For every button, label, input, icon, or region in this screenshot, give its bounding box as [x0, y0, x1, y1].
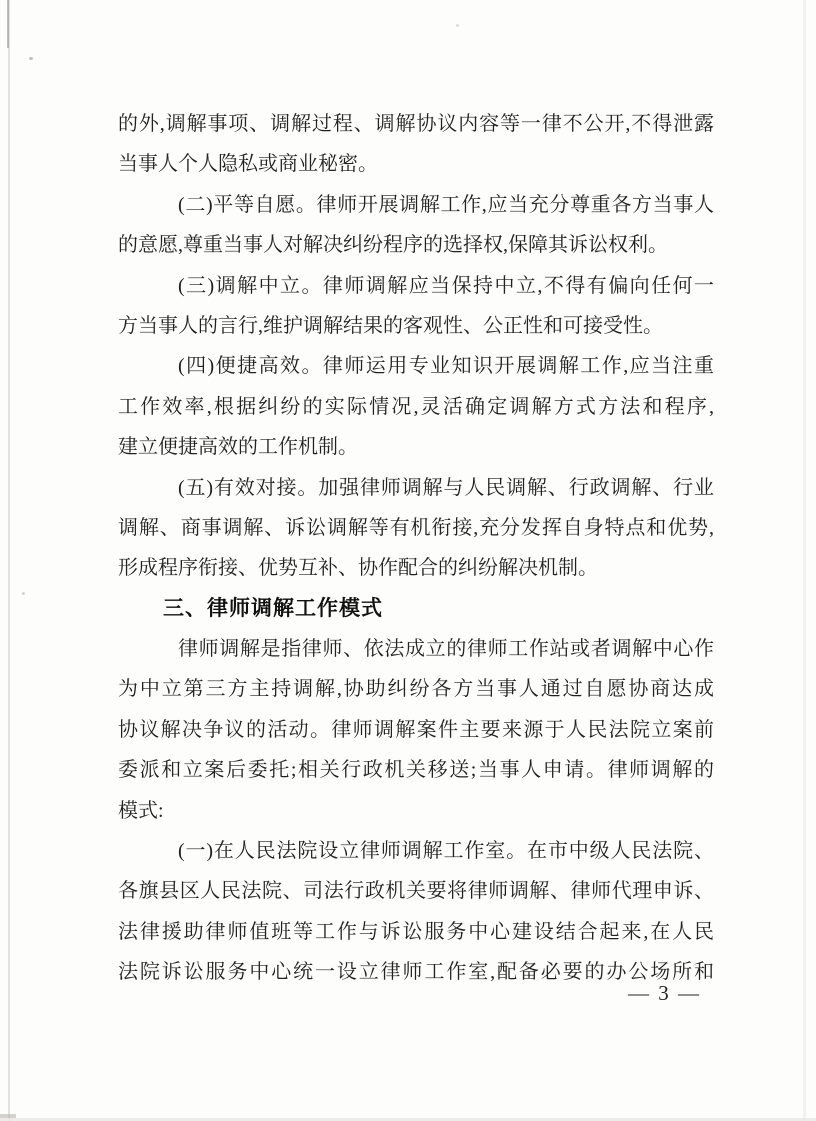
paragraph-line: 的外,调解事项、调解过程、调解协议内容等一律不公开,不得泄露 [118, 104, 714, 144]
paragraph-line: 协议解决争议的活动。律师调解案件主要来源于人民法院立案前 [118, 710, 714, 750]
document-page: 的外,调解事项、调解过程、调解协议内容等一律不公开,不得泄露 当事人个人隐私或商… [0, 0, 816, 1121]
scan-speck [29, 57, 33, 60]
paragraph-line: 委派和立案后委托;相关行政机关移送;当事人申请。律师调解的 [118, 750, 714, 790]
paragraph-line: (四)便捷高效。律师运用专业知识开展调解工作,应当注重 [118, 346, 714, 386]
scan-corner-mark [0, 1114, 16, 1118]
scan-edge-line-dark [7, 0, 9, 48]
paragraph-line: 为中立第三方主持调解,协助纠纷各方当事人通过自愿协商达成 [118, 669, 714, 709]
paragraph-line: 法律援助律师值班等工作与诉讼服务中心建设结合起来,在人民 [118, 912, 714, 952]
paragraph-line: 调解、商事调解、诉讼调解等有机衔接,充分发挥自身特点和优势, [118, 508, 714, 548]
paragraph-line: 工作效率,根据纠纷的实际情况,灵活确定调解方式方法和程序, [118, 387, 714, 427]
paragraph-line: 建立便捷高效的工作机制。 [118, 427, 714, 467]
paragraph-line: 当事人个人隐私或商业秘密。 [118, 144, 714, 184]
paragraph-line: 模式: [118, 791, 714, 831]
section-heading: 三、律师调解工作模式 [118, 589, 714, 629]
scan-edge-line [8, 0, 10, 1121]
document-body: 的外,调解事项、调解过程、调解协议内容等一律不公开,不得泄露 当事人个人隐私或商… [118, 104, 714, 1013]
scan-edge-band [803, 0, 806, 1121]
paragraph-line: 形成程序衔接、优势互补、协作配合的纠纷解决机制。 [118, 548, 714, 588]
scan-speck [456, 24, 459, 27]
paragraph-line: 各旗县区人民法院、司法行政机关要将律师调解、律师代理申诉、 [118, 871, 714, 911]
paragraph-line: 法院诉讼服务中心统一设立律师工作室,配备必要的办公场所和 [118, 952, 714, 992]
paragraph-line: (五)有效对接。加强律师调解与人民调解、行政调解、行业 [118, 468, 714, 508]
paragraph-line: 方当事人的言行,维护调解结果的客观性、公正性和可接受性。 [118, 306, 714, 346]
paragraph-line: (一)在人民法院设立律师调解工作室。在市中级人民法院、 [118, 831, 714, 871]
paragraph-line: (三)调解中立。律师调解应当保持中立,不得有偏向任何一 [118, 266, 714, 306]
paragraph-line: 律师调解是指律师、依法成立的律师工作站或者调解中心作 [118, 629, 714, 669]
paragraph-line: (二)平等自愿。律师开展调解工作,应当充分尊重各方当事人 [118, 185, 714, 225]
paragraph-line: 的意愿,尊重当事人对解决纠纷程序的选择权,保障其诉讼权利。 [118, 225, 714, 265]
scan-speck [22, 592, 25, 595]
